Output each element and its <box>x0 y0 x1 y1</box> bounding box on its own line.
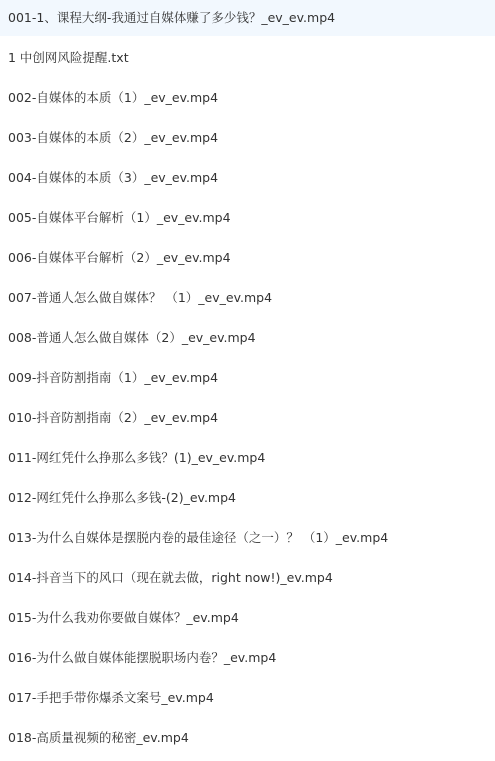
file-item[interactable]: 012-网红凭什么挣那么多钱-(2)_ev.mp4 <box>0 480 495 520</box>
file-item[interactable]: 016-为什么做自媒体能摆脱职场内卷？_ev.mp4 <box>0 640 495 680</box>
file-item[interactable]: 010-抖音防割指南（2）_ev_ev.mp4 <box>0 400 495 440</box>
file-item[interactable]: 011-网红凭什么挣那么多钱？(1)_ev_ev.mp4 <box>0 440 495 480</box>
file-item[interactable]: 007-普通人怎么做自媒体？ （1）_ev_ev.mp4 <box>0 280 495 320</box>
file-item[interactable]: 009-抖音防割指南（1）_ev_ev.mp4 <box>0 360 495 400</box>
file-item[interactable]: 005-自媒体平台解析（1）_ev_ev.mp4 <box>0 200 495 240</box>
file-item[interactable]: 003-自媒体的本质（2）_ev_ev.mp4 <box>0 120 495 160</box>
file-list: 001-1、课程大纲-我通过自媒体赚了多少钱？_ev_ev.mp4 1 中创网风… <box>0 0 495 760</box>
file-item[interactable]: 013-为什么自媒体是摆脱内卷的最佳途径（之一）？ （1）_ev.mp4 <box>0 520 495 560</box>
file-item-selected[interactable]: 001-1、课程大纲-我通过自媒体赚了多少钱？_ev_ev.mp4 <box>0 0 495 36</box>
file-item[interactable]: 002-自媒体的本质（1）_ev_ev.mp4 <box>0 80 495 120</box>
file-item[interactable]: 015-为什么我劝你要做自媒体？_ev.mp4 <box>0 600 495 640</box>
file-item[interactable]: 017-手把手带你爆杀文案号_ev.mp4 <box>0 680 495 720</box>
file-item[interactable]: 006-自媒体平台解析（2）_ev_ev.mp4 <box>0 240 495 280</box>
file-item[interactable]: 1 中创网风险提醒.txt <box>0 40 495 80</box>
file-item[interactable]: 018-高质量视频的秘密_ev.mp4 <box>0 720 495 760</box>
file-item[interactable]: 014-抖音当下的风口（现在就去做，right now!)_ev.mp4 <box>0 560 495 600</box>
file-item[interactable]: 004-自媒体的本质（3）_ev_ev.mp4 <box>0 160 495 200</box>
file-item[interactable]: 008-普通人怎么做自媒体（2）_ev_ev.mp4 <box>0 320 495 360</box>
